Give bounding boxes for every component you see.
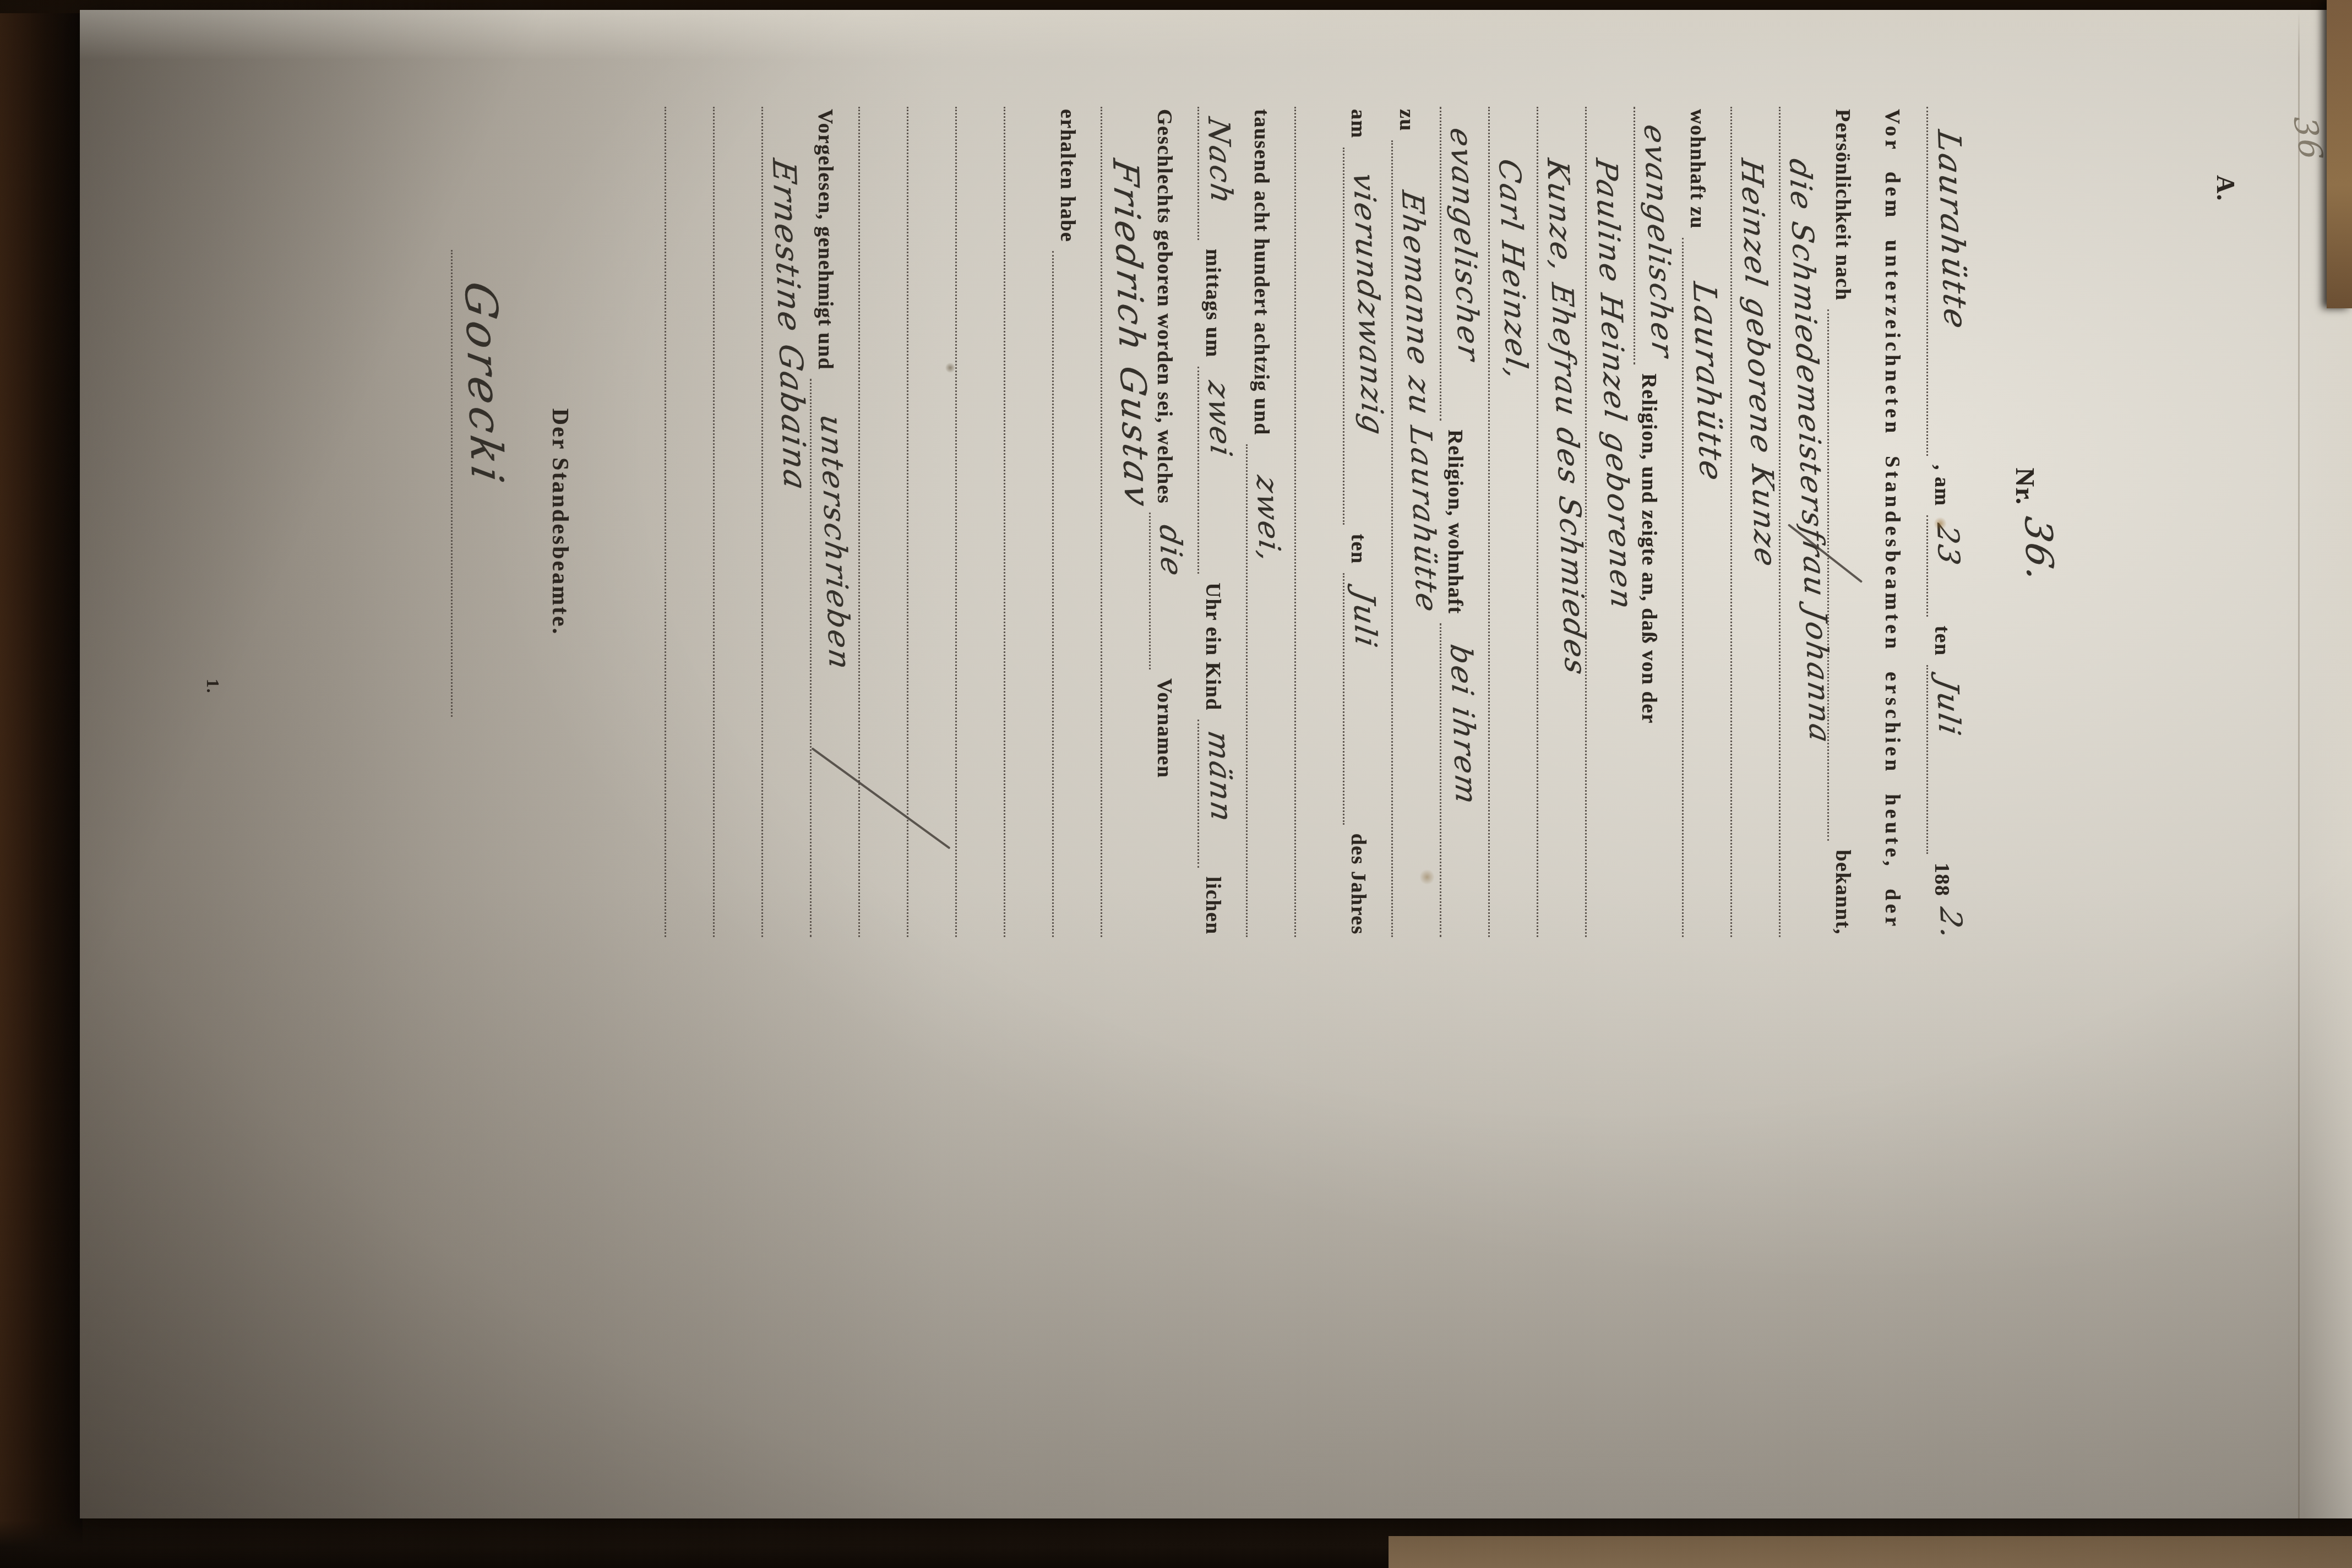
handwriting-text: männ [1201,728,1239,826]
printed-text: erhalten habe [1052,104,1083,248]
handwriting-text: Gorecki [455,278,513,490]
printed-text: Uhr ein Kind [1197,577,1228,716]
dotted-blank [1004,107,1033,937]
form-line: Nachmittags umzweiUhr ein Kindmännlichen [1197,104,1233,940]
dotted-blank [955,107,984,937]
handwriting-text: Ehemanne zu Laurahütte [1395,188,1444,616]
form-line [1004,104,1039,940]
form-line: zuEhemanne zu Laurahütte [1391,104,1427,940]
dotted-blank: Carl Heinzel, [1488,107,1517,937]
handwriting-text: Juli [1347,588,1384,651]
form-line: Vorgelesen, genehmigt undunterschrieben [810,104,845,940]
printed-text: bekannt, [1827,844,1858,940]
handwriting-text: Ernestine Gabaina [765,156,814,494]
handwriting-text: 2. [1933,902,1969,946]
form-line [858,104,894,940]
form-line [1294,104,1330,940]
dotted-blank: Gorecki [451,250,480,717]
handwriting-text: evangelischer [1444,126,1487,364]
printed-text: Persönlichkeit nach [1827,104,1858,306]
printed-text: , am [1926,459,1957,512]
printed-text: Religion, wohnhaft [1440,424,1471,619]
handwriting-text: Heinzel geborene Kunze [1734,156,1783,571]
printed-text: tausend acht hundert achtzig und [1246,104,1277,441]
printed-text: ten [1343,528,1374,569]
dotted-blank [858,107,888,937]
form-line: Geschlechts geboren worden sei, welchesd… [1149,104,1184,940]
dotted-blank: die Schmiedemeistersfrau Johanna [1779,107,1808,937]
dotted-blank: Juli [1343,573,1372,825]
dotted-blank: zwei, [1246,444,1275,937]
printed-text: mittags um [1197,243,1228,363]
form-line: Persönlichkeit nachbekannt, [1827,104,1863,940]
form-line: evangelischerReligion, wohnhaftbei ihrem [1440,104,1475,940]
printed-text: Religion, und zeigte an, daß von der [1634,368,1664,729]
dotted-blank: bei ihrem [1440,623,1469,937]
register-page: 36 A. 1. Nr.36.Laurahütte, am23tenJuli18… [80,10,2352,1518]
handwriting-text: unterschrieben [814,412,857,673]
form-line [665,104,700,940]
dotted-blank: Juli [1926,665,1956,854]
printed-text: Nr. [2009,462,2040,510]
form-line: Nr.36. [2009,104,2044,940]
form-line: Heinzel geborene Kunze [1730,104,1766,940]
form-line [955,104,990,940]
form-line: tausend acht hundert achtzig undzwei, [1246,104,1281,940]
printed-text: wohnhaft zu [1682,104,1713,235]
handwriting-text: Pauline Heinzel geborenen [1589,156,1639,613]
form-line: Vor dem unterzeichneten Standesbeamten e… [1877,104,1912,940]
form-line [907,104,942,940]
handwriting-text: vierundzwanzig [1347,170,1390,439]
dotted-blank [907,107,936,937]
form-line: wohnhaft zuLaurahütte [1682,104,1717,940]
dotted-blank: Heinzel geborene Kunze [1730,107,1760,937]
printed-text: Vornamen [1149,673,1180,784]
printed-text: 188 [1926,857,1957,902]
form-line: Pauline Heinzel geborenen [1585,104,1620,940]
handwriting-text: zwei, [1250,473,1287,566]
handwriting-text: evangelischer [1637,122,1680,361]
dotted-blank [1052,251,1081,937]
paper-stain [945,362,955,373]
form-line: die Schmiedemeistersfrau Johanna [1779,104,1814,940]
dotted-blank: Ernestine Gabaina [761,107,791,937]
dotted-blank [1294,107,1324,937]
form-line: Der Standesbeamte. [545,104,580,940]
form-line [713,104,748,940]
cloth-backing-bottom [1389,1536,2352,1568]
printed-text: zu [1391,104,1422,137]
handwriting-text: Juli [1930,676,1967,739]
handwriting-text: die [1153,522,1189,580]
dotted-blank: evangelischer [1634,107,1663,364]
dotted-blank: unterschrieben [810,379,839,937]
paper-stain [1934,516,1946,531]
form-line: evangelischerReligion, und zeigte an, da… [1634,104,1669,940]
dotted-blank: Nach [1197,107,1227,240]
dotted-blank: Kunze, Ehefrau des Schmiedes [1537,107,1566,937]
form-body: Nr.36.Laurahütte, am23tenJuli1882.Vor de… [80,10,2352,1518]
dotted-blank: Laurahütte [1682,238,1711,937]
dotted-blank: männ [1197,720,1227,868]
handwriting-text: Nach [1201,115,1239,208]
handwriting-text: Laurahütte [1930,128,1974,333]
handwriting-text: zwei [1201,379,1239,460]
handwriting-text: 36. [2016,510,2061,590]
dotted-blank: die [1149,513,1178,669]
form-line: Carl Heinzel, [1488,104,1523,940]
printed-text: ten [1926,620,1957,661]
dotted-blank [665,107,694,937]
handwriting-text: Carl Heinzel, [1492,156,1534,384]
printed-text: Vor dem unterzeichneten Standesbeamten e… [1877,104,1908,935]
handwriting-text: bei ihrem [1444,642,1484,808]
form-line: amvierundzwanzigtenJulides Jahres [1343,104,1378,940]
dotted-blank: Laurahütte [1926,107,1956,456]
dotted-blank: Ehemanne zu Laurahütte [1391,140,1420,937]
dotted-blank [713,107,742,937]
dotted-blank: evangelischer [1440,107,1469,421]
dotted-blank: zwei [1197,367,1227,574]
paper-stain [1420,869,1434,885]
cloth-backing-right [2327,0,2352,308]
form-line: erhalten habe [1052,104,1087,940]
printed-text: des Jahres [1343,828,1374,940]
form-line: Ernestine Gabaina [761,104,797,940]
handwriting-text: Laurahütte [1686,280,1730,485]
dotted-blank: vierundzwanzig [1343,148,1372,525]
dotted-blank: Friedrich Gustav [1101,107,1130,937]
form-line: Kunze, Ehefrau des Schmiedes [1537,104,1572,940]
form-line: Friedrich Gustav [1101,104,1136,940]
form-line: Gorecki [451,247,486,720]
book-spine [0,0,83,1568]
dotted-blank: Pauline Heinzel geborenen [1585,107,1614,937]
printed-text: am [1343,104,1374,144]
printed-text: Vorgelesen, genehmigt und [810,104,841,375]
printed-text: Der Standesbeamte. [545,403,575,641]
printed-text: lichen [1197,871,1228,940]
